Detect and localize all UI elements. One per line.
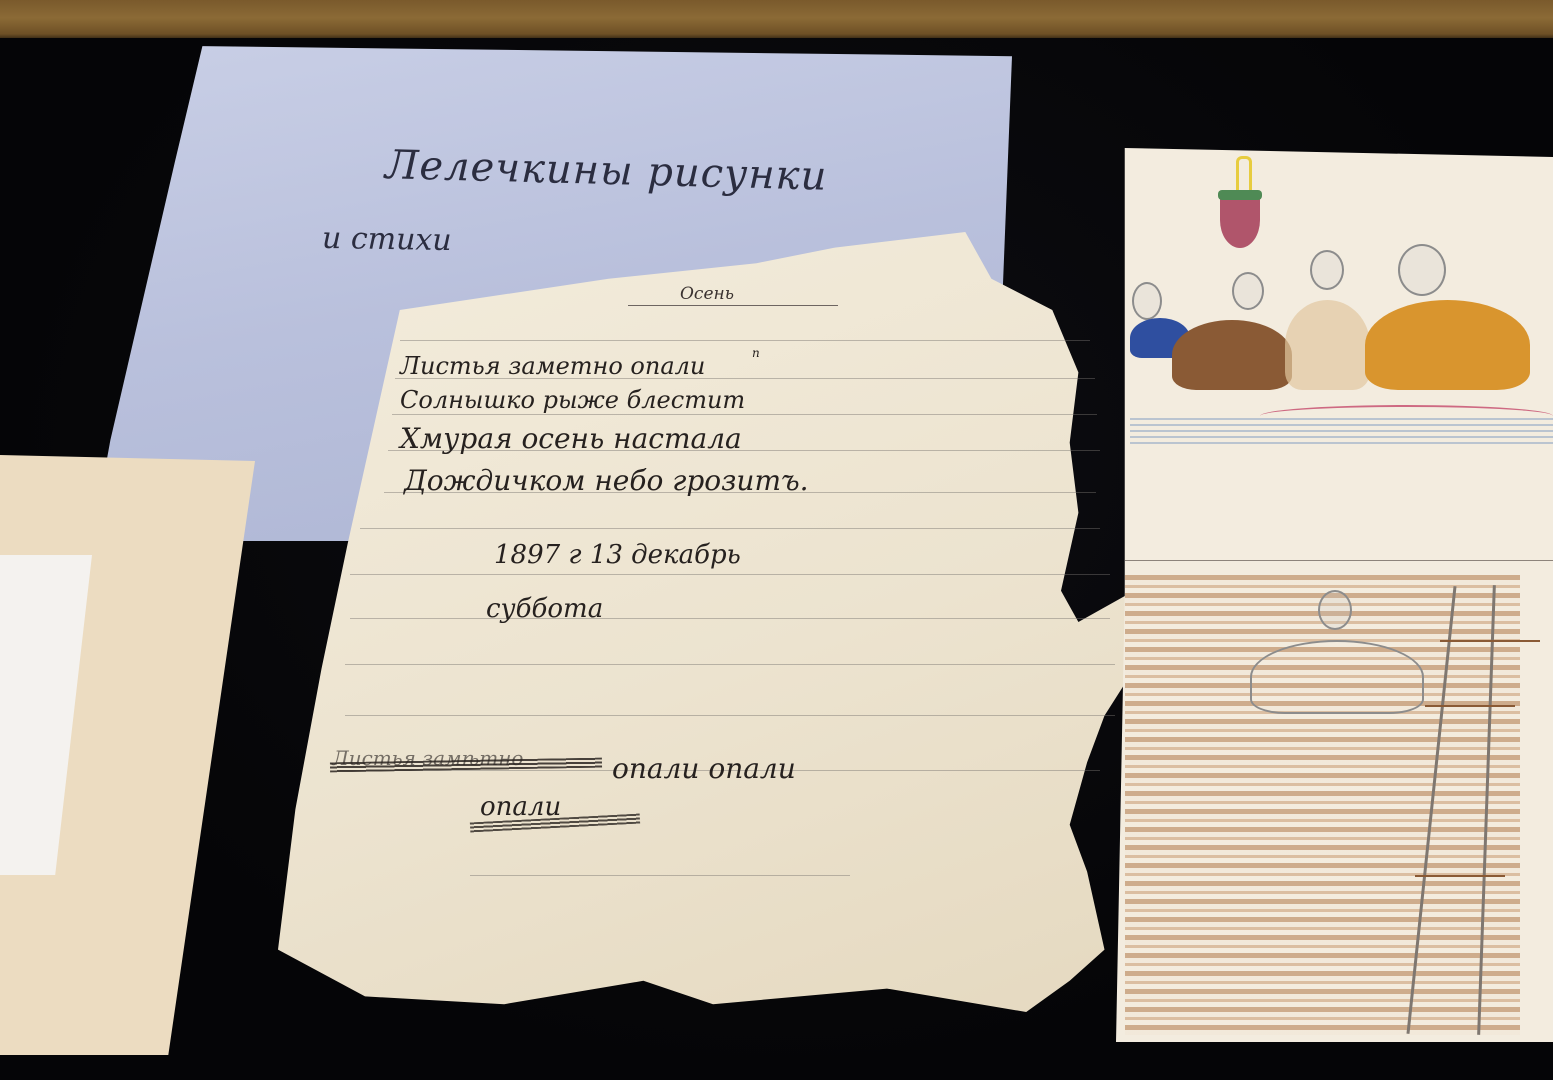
poem-weekday: суббота <box>486 594 603 624</box>
girl-3-beige-dress <box>1285 300 1370 390</box>
ladder-rung <box>1415 875 1505 877</box>
seated-figure-body <box>1250 640 1424 714</box>
poem-line-2: Солнышко рыже блестит <box>400 386 745 414</box>
display-case-frame <box>0 0 1553 40</box>
girl-2-head <box>1232 272 1264 310</box>
poem-date: 1897 г 13 декабрь <box>494 540 741 570</box>
ruled-line <box>360 528 1100 529</box>
poem-line-4: Дождичком небо грозитъ. <box>404 464 809 497</box>
repeated-line-1: опали опали <box>612 752 796 785</box>
ruled-line <box>345 715 1115 716</box>
ruled-line <box>392 414 1097 415</box>
basket-band <box>1218 190 1262 200</box>
flower-basket-drawing <box>1220 192 1260 248</box>
ruled-line <box>345 664 1115 665</box>
ruled-line <box>400 340 1090 341</box>
poem-line-1: Листья заметно опали <box>400 352 705 380</box>
correction-mark: п <box>752 346 760 360</box>
poem-title-underline <box>628 305 838 306</box>
poem-sheet <box>278 232 1148 1012</box>
sheet-divider <box>1125 560 1553 561</box>
ruled-line <box>470 875 850 876</box>
girl-3-head <box>1310 250 1344 290</box>
envelope-subtitle: и стихи <box>322 221 452 258</box>
ladder-rung <box>1425 705 1515 707</box>
poem-title: Осень <box>680 284 734 304</box>
basket-handle-icon <box>1236 156 1252 191</box>
girl-2-brown-dress <box>1172 320 1292 390</box>
ladder-rung <box>1440 640 1540 642</box>
girl-4-orange-dress <box>1365 300 1530 390</box>
ruled-line <box>350 618 1110 619</box>
red-wave <box>1260 405 1553 427</box>
poem-line-3: Хмурая осень настала <box>400 422 742 455</box>
ruled-line <box>350 574 1110 575</box>
seated-figure-head <box>1318 590 1352 630</box>
girl-4-head <box>1398 244 1446 296</box>
girl-1-head <box>1132 282 1162 320</box>
